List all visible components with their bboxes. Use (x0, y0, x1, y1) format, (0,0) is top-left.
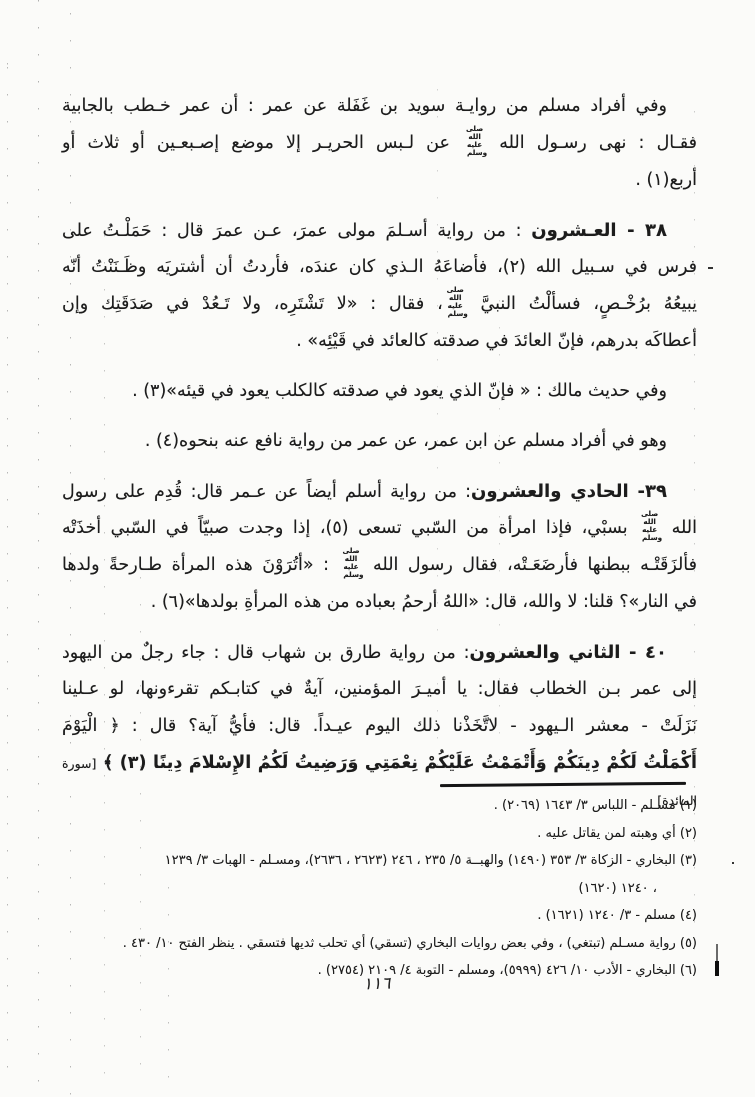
text-line: في النار»؟ قلنا: لا والله، قال: «اللهُ أ… (62, 584, 697, 621)
scan-dots-column (38, 0, 39, 1097)
text-line: فرس في سـبيل الله (٢)، فأضاعَهُ الـذي كا… (62, 249, 697, 286)
text-line: إلى عمر بـن الخطاب فقال: يا أميـرَ المؤم… (62, 671, 697, 708)
hadith-40-twenty-second: ٤٠ - الثاني والعشرون: من رواية طارق بن ش… (62, 634, 697, 782)
text-line: أربع(١) . (62, 162, 697, 199)
text-line: أعطاكَه بدرهم، فإنّ العائدَ في صدقته كال… (62, 323, 697, 360)
section-heading: ٤٠ - الثاني والعشرون (469, 642, 667, 663)
hadith-38-twentieth: ٣٨ - العـشرون : من رواية أسـلمَ مولى عمر… (62, 212, 697, 360)
text-line: نَزَلَتْ - معشر الـيهود - لاتَّخَذْنا ذل… (62, 708, 697, 745)
footnote-line: (٤) مسلم - ٣/ ١٢٤٠ (١٦٢١) . (55, 902, 697, 930)
text-line: يبيعُهُ برُخْـصٍ، فسألْتُ النبيَّ صلى ال… (62, 286, 697, 323)
footnote-line: (٥) رواية مسـلم (تبتغي) ، وفي بعض روايات… (55, 930, 697, 958)
scan-speck (708, 267, 713, 269)
text-line: فقـال : نهى رسـول الله صلى الله عليه وسل… (62, 125, 697, 162)
text-line: الله صلى الله عليه وسلم بسبْي، فإذا امرأ… (62, 510, 697, 547)
scan-dots-column (7, 60, 8, 1090)
malik-variant: وفي حديث مالك : « فإنّ الذي يعود في صدقت… (62, 373, 697, 410)
scan-edge-line (715, 961, 719, 976)
quran-verse-line: أَكْمَلْتُ لَكُمْ دِينَكُمْ وَأَتْمَمْتُ… (62, 745, 697, 782)
text-line: وهو في أفراد مسلم عن ابن عمر، عن عمر من … (62, 423, 697, 460)
page-body-text: وفي أفراد مسلم من روايـة سويد بن غَفَلة … (62, 88, 697, 795)
text-line: ٣٩- الحادي والعشرون: من رواية أسلم أيضاً… (62, 473, 697, 510)
pbuh-seal-icon: صلى الله عليه وسلم (462, 125, 487, 157)
page-number: ١١٦ (362, 974, 394, 995)
text-line: ٣٨ - العـشرون : من رواية أسـلمَ مولى عمر… (62, 212, 697, 249)
footnote-line: (٣) البخاري - الزكاة ٣/ ٣٥٣ (١٤٩٠) والهب… (55, 847, 697, 875)
footnote-line: (١) مسـلم - اللباس ٣/ ١٦٤٣ (٢٠٦٩) . (55, 792, 697, 820)
text-line: وفي حديث مالك : « فإنّ الذي يعود في صدقت… (62, 373, 697, 410)
scan-speck (732, 862, 734, 864)
hadith-39-twenty-first: ٣٩- الحادي والعشرون: من رواية أسلم أيضاً… (62, 473, 697, 621)
section-heading: ٣٩- الحادي والعشرون (471, 481, 667, 502)
intro-muslim-afrad: وفي أفراد مسلم من روايـة سويد بن غَفَلة … (62, 88, 697, 199)
text-line: فألزَقَتْـه ببطنها فأرضَعَـتْه، فقال رسو… (62, 547, 697, 584)
pbuh-seal-icon: صلى الله عليه وسلم (637, 510, 662, 542)
text-line: ٤٠ - الثاني والعشرون: من رواية طارق بن ش… (62, 634, 697, 671)
pbuh-seal-icon: صلى الله عليه وسلم (443, 286, 468, 318)
footnote-line: ، ١٢٤٠ (١٦٢٠) (55, 875, 697, 903)
pbuh-seal-icon: صلى الله عليه وسلم (339, 547, 364, 579)
footnote-line: (٢) أي وهبته لمن يقاتل عليه . (55, 820, 697, 848)
text-line: وفي أفراد مسلم من روايـة سويد بن غَفَلة … (62, 88, 697, 125)
section-heading: ٣٨ - العـشرون (531, 220, 667, 241)
muslim-afrad-nafi: وهو في أفراد مسلم عن ابن عمر، عن عمر من … (62, 423, 697, 460)
footnotes-block: (١) مسـلم - اللباس ٣/ ١٦٤٣ (٢٠٦٩) .(٢) أ… (55, 792, 697, 985)
scanned-book-page: وفي أفراد مسلم من روايـة سويد بن غَفَلة … (0, 0, 755, 1097)
